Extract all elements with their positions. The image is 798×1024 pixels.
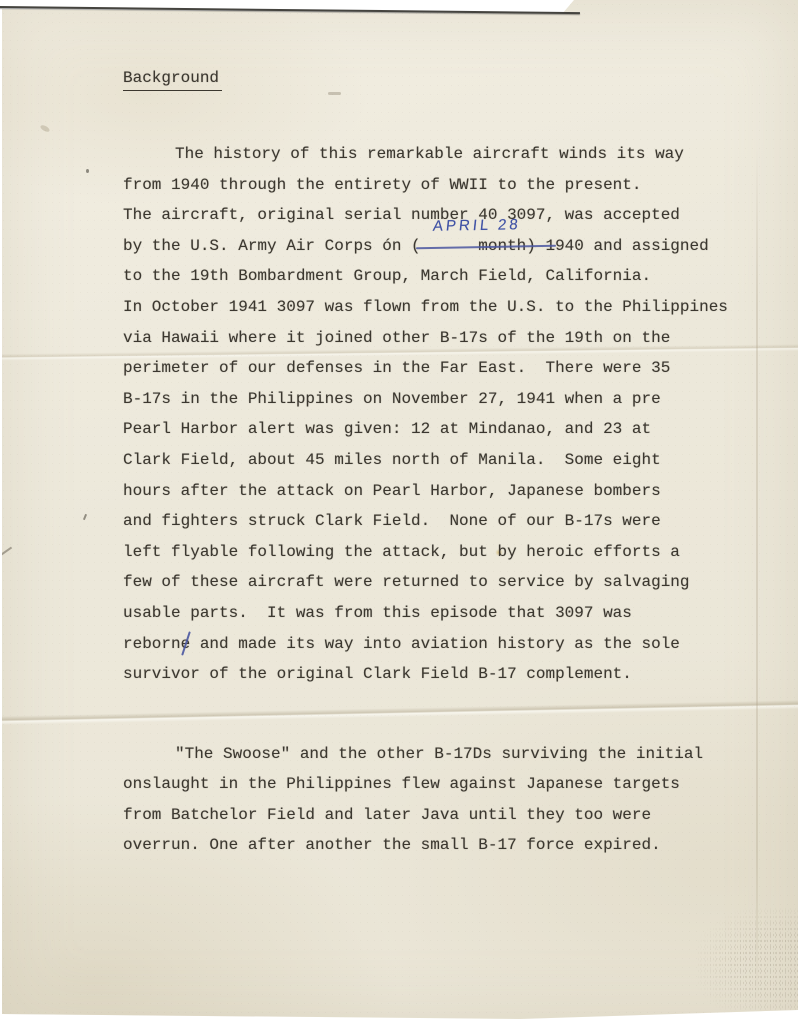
text-line: In October 1941 3097 was flown from the … [123, 292, 778, 323]
text-line: left flyable following the attack, but b… [123, 537, 778, 568]
text-line: via Hawaii where it joined other B-17s o… [123, 323, 778, 354]
paragraph-swoose: "The Swoose" and the other B-17Ds surviv… [123, 739, 778, 861]
text-segment: and made its way into aviation history a… [190, 635, 680, 653]
text-line: usable parts. It was from this episode t… [123, 598, 778, 629]
text-line: onslaught in the Philippines flew agains… [123, 769, 778, 800]
typewritten-text-block: Background The history of this remarkabl… [123, 68, 778, 861]
paper-speck [86, 169, 89, 173]
text-line: B-17s in the Philippines on November 27,… [123, 384, 778, 415]
text-line: few of these aircraft were returned to s… [123, 567, 778, 598]
struck-out-letter: e [181, 635, 191, 653]
text-line: "The Swoose" and the other B-17Ds surviv… [123, 739, 778, 770]
section-heading: Background [123, 68, 222, 91]
scan-noise-patch [698, 907, 798, 1012]
text-segment: reborn [123, 635, 181, 653]
text-line: and fighters struck Clark Field. None of… [123, 506, 778, 537]
text-line: to the 19th Bombardment Group, March Fie… [123, 261, 778, 292]
text-line: The history of this remarkable aircraft … [123, 139, 778, 170]
text-segment: by the U.S. Army Air Corps ón ( [123, 237, 421, 255]
document-page: Background The history of this remarkabl… [0, 0, 798, 1024]
edge-scratch [0, 547, 12, 558]
text-line: Pearl Harbor alert was given: 12 at Mind… [123, 414, 778, 445]
paper-speck [83, 514, 87, 520]
text-line: perimeter of our defenses in the Far Eas… [123, 353, 778, 384]
text-line: hours after the attack on Pearl Harbor, … [123, 476, 778, 507]
text-line: from 1940 through the entirety of WWII t… [123, 170, 778, 201]
struck-out-text: month) [421, 237, 536, 255]
text-line: overrun. One after another the small B-1… [123, 830, 778, 861]
paragraph-history: The history of this remarkable aircraft … [123, 139, 778, 690]
handwritten-date-annotation: APRIL 28 [432, 217, 521, 234]
text-line: Clark Field, about 45 miles north of Man… [123, 445, 778, 476]
text-line-with-correction: reborne and made its way into aviation h… [123, 629, 778, 660]
text-segment: 1940 and assigned [536, 237, 709, 255]
text-line: survivor of the original Clark Field B-1… [123, 659, 778, 690]
text-line-with-annotation: by the U.S. Army Air Corps ón ( month) 1… [123, 231, 778, 262]
text-line: from Batchelor Field and later Java unti… [123, 800, 778, 831]
paper-smudge [39, 124, 50, 133]
